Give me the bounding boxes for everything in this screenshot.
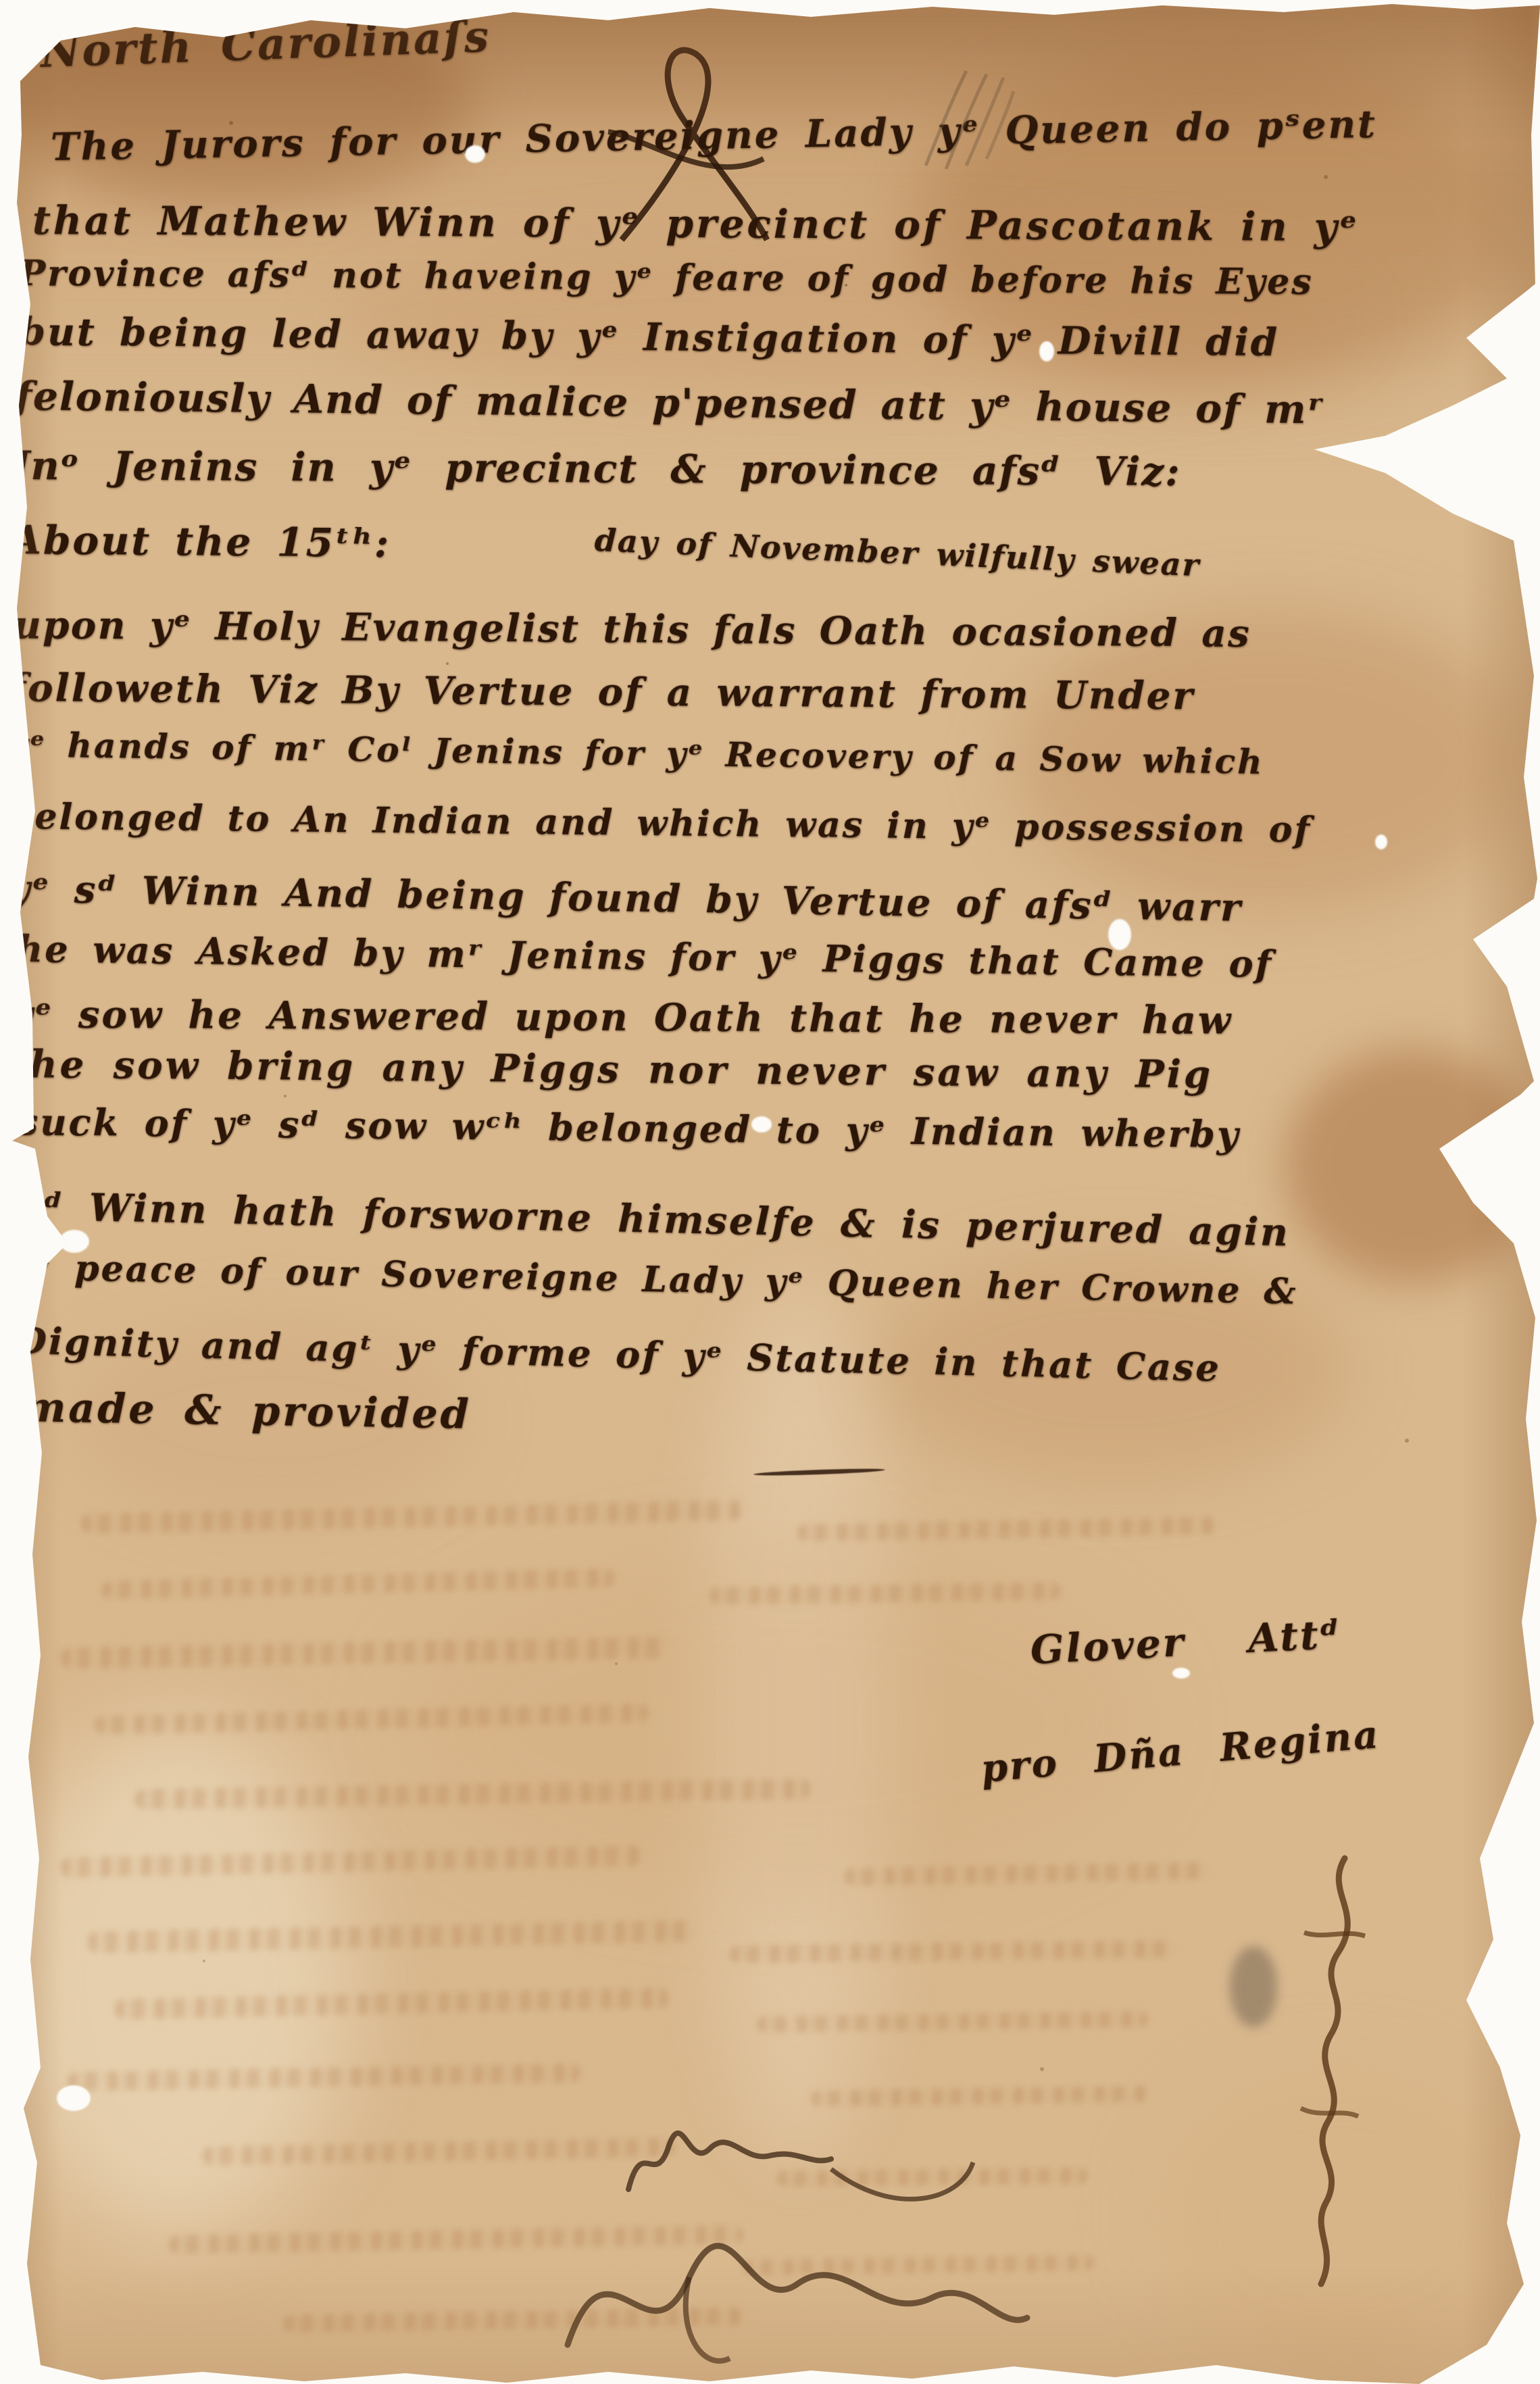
paper-hole	[1108, 919, 1131, 950]
paper-hole	[57, 2085, 91, 2111]
manuscript-line: About the 15ᵗʰ:	[11, 517, 391, 566]
manuscript-line: he was Asked by mʳ Jenins for yᵉ Piggs t…	[16, 927, 1274, 986]
manuscript-line: sᵈ Winn hath forsworne himselfe & is per…	[20, 1184, 1290, 1255]
manuscript-line: made & provided	[22, 1384, 472, 1438]
manuscript-line: day of November wilfully swear	[594, 522, 1201, 583]
manuscript-line: suck of yᵉ sᵈ sow wᶜʰ belonged to yᵉ Ind…	[18, 1100, 1241, 1156]
paper-hole	[1039, 341, 1054, 362]
paper-speckles	[0, 0, 3, 3]
paper-hole	[1375, 835, 1387, 849]
manuscript-line: the sow bring any Piggs nor never saw an…	[9, 1042, 1214, 1097]
manuscript-line: yᵉ sᵈ Winn And being found by Vertue of …	[7, 866, 1243, 930]
manuscript-line: upon yᵉ Holy Evangelist this fals Oath o…	[14, 603, 1251, 656]
paper-hole	[751, 1116, 772, 1133]
pencil-hatch-mark	[919, 64, 1027, 179]
vertical-docket-scrawl	[1264, 1852, 1399, 2298]
scanned-page: North Carolinaſs The Jurors for our Sove…	[0, 0, 1540, 2384]
attestation-signature: Glover Attᵈ	[1029, 1611, 1343, 1673]
paper-hole	[59, 1230, 89, 1253]
parchment-sheet: North Carolinaſs The Jurors for our Sove…	[0, 0, 1540, 2384]
manuscript-line: Jnᵒ Jenins in yᵉ precinct & province afs…	[11, 443, 1181, 495]
paper-hole	[465, 145, 485, 163]
manuscript-line: followeth Viz By Vertue of a warrant fro…	[9, 666, 1195, 718]
ghost-bleedthrough-row	[811, 2085, 1149, 2107]
bottom-left-flourish	[527, 2183, 1054, 2384]
stain-right-tear	[1284, 1047, 1540, 1284]
paper-hole	[1172, 1668, 1190, 1679]
manuscript-line: yᵉ sow he Answered upon Oath that he nev…	[11, 992, 1233, 1043]
manuscript-line: that Mathew Winn of yᵉ precinct of Pasco…	[32, 197, 1360, 250]
